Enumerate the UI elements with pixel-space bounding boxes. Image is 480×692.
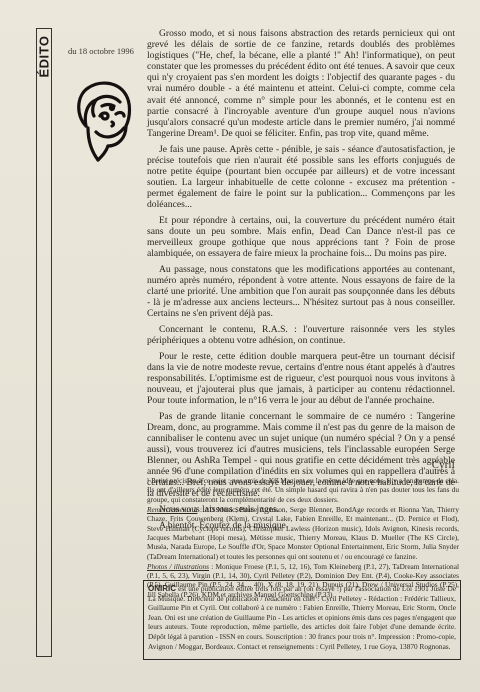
editorial-paragraph: Grosso modo, et si nous faisons abstract… — [147, 28, 455, 139]
colophon-text: est une publication éditée trois fois pa… — [148, 584, 456, 651]
edition-date: du 18 octobre 1996 — [68, 46, 134, 56]
author-face-illustration — [72, 76, 134, 168]
editorial-paragraph: Au passage, nous constatons que les modi… — [147, 264, 455, 319]
acknowledgements: Remerciements à : AD Music, Bruce Atchis… — [147, 505, 459, 561]
publication-name: ONIRIC — [148, 584, 176, 593]
editorial-paragraph: Je fais une pause. Après cette - pénible… — [147, 144, 455, 211]
acknowledgements-label: Remerciements à — [147, 505, 197, 514]
signature: Cyril — [147, 460, 455, 471]
side-title-frame — [36, 28, 52, 657]
section-title-text: ÉDITO — [37, 35, 52, 77]
photo-credits-label: Photos / illustrations — [147, 562, 209, 571]
colophon-box: ONIRIC est une publication éditée trois … — [143, 580, 461, 660]
editorial-paragraph: Et pour répondre à certains, oui, la cou… — [147, 215, 455, 259]
editorial-paragraph: Pour le reste, cette édition double marq… — [147, 351, 455, 406]
section-title: ÉDITO — [37, 28, 51, 84]
footnote-1: ¹ Petite précision à ce sujet : nos amis… — [147, 476, 459, 504]
magazine-page: ÉDITO du 18 octobre 1996 Grosso modo, et… — [0, 0, 480, 692]
editorial-paragraph: Concernant le contenu, R.A.S. : l'ouvert… — [147, 324, 455, 346]
